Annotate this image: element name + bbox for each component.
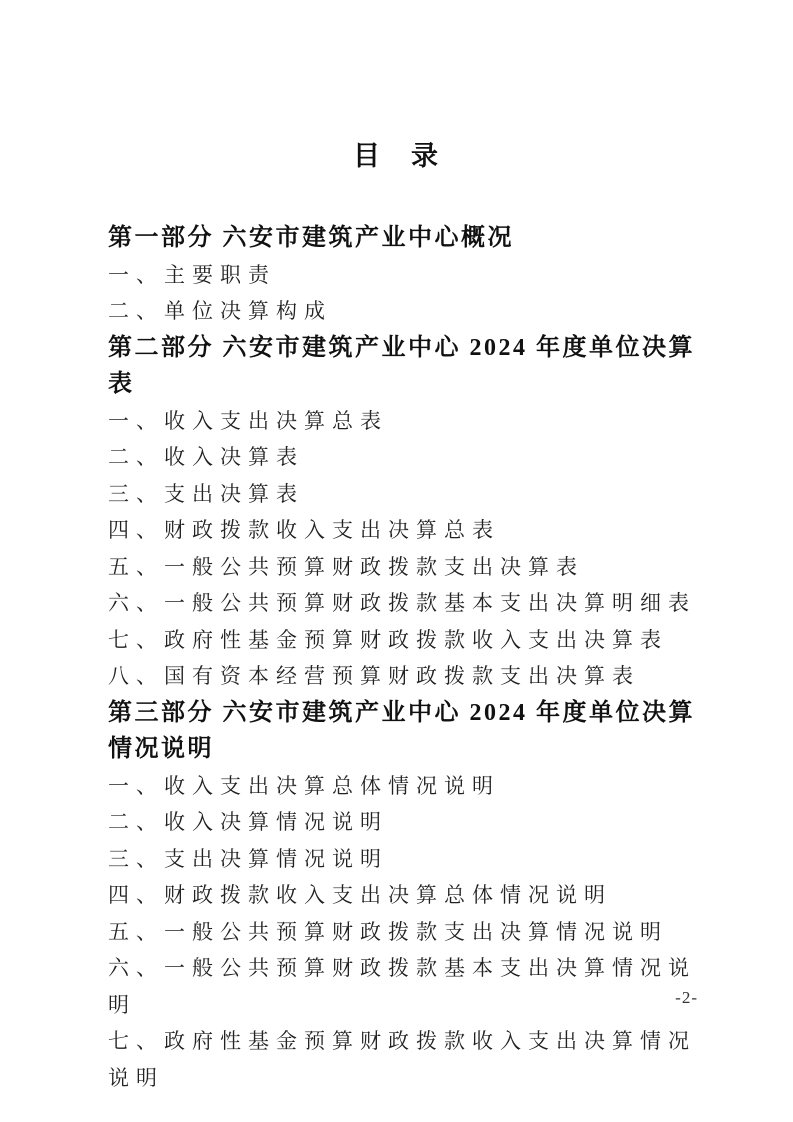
toc-item: 七、政府性基金预算财政拨款收入支出决算情况说明 <box>108 1023 708 1096</box>
toc-item: 一、收入支出决算总体情况说明 <box>108 768 708 805</box>
toc-item: 五、一般公共预算财政拨款支出决算情况说明 <box>108 914 708 951</box>
page-title: 目 录 <box>0 0 793 172</box>
document-page: 目 录 第一部分 六安市建筑产业中心概况一、主要职责二、单位决算构成第二部分 六… <box>0 0 793 1122</box>
toc-item: 三、支出决算情况说明 <box>108 841 708 878</box>
toc-item: 四、财政拨款收入支出决算总体情况说明 <box>108 877 708 914</box>
toc-item: 三、支出决算表 <box>108 476 708 513</box>
page-number: -2- <box>675 988 698 1008</box>
toc-section-heading: 第三部分 六安市建筑产业中心 2024 年度单位决算情况说明 <box>108 695 708 768</box>
toc-item: 七、政府性基金预算财政拨款收入支出决算表 <box>108 622 708 659</box>
toc-item: 五、一般公共预算财政拨款支出决算表 <box>108 549 708 586</box>
toc-item: 四、财政拨款收入支出决算总表 <box>108 512 708 549</box>
toc-item: 一、主要职责 <box>108 257 708 294</box>
toc-item: 六、一般公共预算财政拨款基本支出决算明细表 <box>108 585 708 622</box>
toc-item: 二、单位决算构成 <box>108 293 708 330</box>
toc-item: 二、收入决算情况说明 <box>108 804 708 841</box>
toc-section-heading: 第二部分 六安市建筑产业中心 2024 年度单位决算表 <box>108 330 708 403</box>
toc-item: 八、国有资本经营预算财政拨款支出决算表 <box>108 658 708 695</box>
toc-section-heading: 第一部分 六安市建筑产业中心概况 <box>108 220 708 257</box>
toc-item: 二、收入决算表 <box>108 439 708 476</box>
toc-item: 六、一般公共预算财政拨款基本支出决算情况说明 <box>108 950 708 1023</box>
toc-item: 一、收入支出决算总表 <box>108 403 708 440</box>
table-of-contents: 第一部分 六安市建筑产业中心概况一、主要职责二、单位决算构成第二部分 六安市建筑… <box>108 220 708 1096</box>
